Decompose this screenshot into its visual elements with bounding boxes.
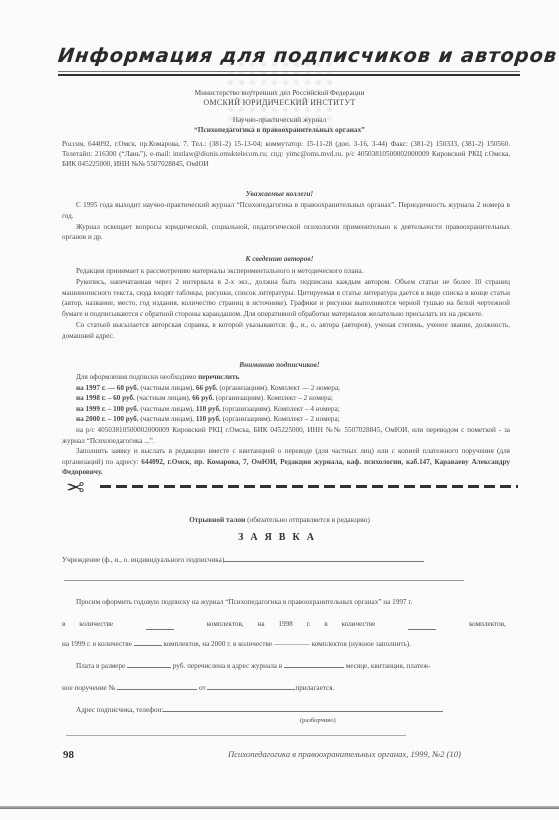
payment-amount-label: Плата в размере: [76, 662, 125, 670]
subscribers-block: Для оформления подписки необходимо переч…: [62, 372, 510, 425]
price-rest: (организациям). Комплект – 4 номера;: [221, 405, 340, 413]
institution-field-line2[interactable]: [64, 580, 464, 581]
request-line-2: в количестве комплектов, на 1998 г. в ко…: [62, 620, 506, 630]
scissors-icon: ✂: [66, 473, 84, 498]
running-footer: Психопедагогика в правоохранительных орг…: [228, 749, 461, 759]
order-number-label: ное поручение №: [62, 684, 115, 692]
price-row: на 2000 г. – 100 руб. (частным лицам), 1…: [62, 414, 510, 425]
journal-type: Научно-практический журнал: [0, 115, 559, 124]
price-org: 110 руб.: [196, 415, 221, 423]
institute-name: ОМСКИЙ ЮРИДИЧЕСКИЙ ИНСТИТУТ: [0, 98, 559, 107]
payment-amount-field[interactable]: [127, 666, 171, 668]
request-line-3: на 1999 г. в количестве комплектов, на 2…: [62, 640, 510, 648]
price-private: (частным лицам),: [139, 415, 196, 423]
address-row: Адрес подписчика, телефон:: [76, 706, 524, 714]
send-instructions: Заполнить заявку и выслать в редакцию вм…: [62, 446, 510, 478]
page-number: 98: [63, 749, 74, 761]
price-rest: (организациям). Комплект – 2 номера;: [214, 394, 333, 402]
price-year: на 1997 г. — 60 руб.: [76, 384, 139, 392]
address-field-line2[interactable]: [66, 735, 406, 736]
payment-month-label: руб. перечислена в адрес журнала в: [173, 662, 282, 670]
contacts-text: Россия, 644092, г.Омск, пр.Комарова, 7. …: [62, 139, 510, 170]
title-rule-thin: [58, 71, 520, 72]
contacts-block: Россия, 644092, г.Омск, пр.Комарова, 7. …: [62, 139, 510, 170]
document-page: Информация для подписчиков и авторов Мин…: [0, 0, 559, 820]
authors-heading: К сведению авторов!: [0, 254, 559, 263]
quantity-1999-field[interactable]: [134, 644, 162, 646]
price-private: (частным лицам),: [135, 394, 192, 402]
price-org: 66 руб.: [192, 394, 214, 402]
quantity-2000-label: комплектов, на 2000 г. в количестве ————…: [163, 640, 411, 648]
price-private: (частным лицам),: [139, 384, 196, 392]
price-org: 110 руб.: [196, 405, 221, 413]
quantity-1997-field[interactable]: [146, 628, 174, 630]
colleagues-block: С 1995 года выходит научно-практический …: [62, 200, 510, 243]
price-row: на 1998 г. – 60 руб. (частным лицам), 66…: [62, 393, 510, 404]
form-title: ЗАЯВКА: [0, 532, 559, 543]
journal-name: “Психопедагогика в правоохранительных ор…: [0, 125, 559, 134]
dashed-cut-line: [100, 485, 518, 488]
tear-note: (обязательно отправляется в редакцию): [245, 515, 370, 524]
price-row: на 1997 г. — 60 руб. (частным лицам), 66…: [62, 383, 510, 394]
attached-label: прилагается.: [295, 684, 334, 692]
account-text: на р/с 40503810500002000009 Кировский РК…: [62, 425, 510, 446]
price-year: на 1998 г. – 60 руб.: [76, 394, 135, 402]
institution-label: Учреждение (ф., и., о. индивидуального п…: [62, 556, 224, 564]
request-line-1: Просим оформить годовую подписку на журн…: [76, 598, 524, 606]
price-year: на 1999 г. – 100 руб.: [76, 405, 139, 413]
authors-paragraph: Редакция принимает к рассмотрению матери…: [62, 266, 510, 277]
cut-line: ✂: [66, 479, 518, 493]
payment-line-1: Плата в размере руб. перечислена в адрес…: [76, 662, 524, 670]
tear-label-bold: Отрывной талон: [189, 515, 245, 524]
order-date-label: от: [199, 684, 206, 692]
payment-month-field[interactable]: [284, 666, 344, 668]
subscribe-intro: Для оформления подписки необходимо переч…: [62, 372, 510, 383]
authors-paragraph: Рукопись, напечатанная через 2 интервала…: [62, 277, 510, 320]
colleagues-heading: Уважаемые коллеги!: [0, 189, 559, 198]
price-private: (частным лицам),: [139, 405, 196, 413]
payment-instructions: на р/с 40503810500002000009 Кировский РК…: [62, 425, 510, 478]
address-label: Адрес подписчика, телефон:: [76, 706, 163, 714]
quantity-1999-label: на 1999 г. в количестве: [62, 640, 132, 648]
price-rest: (организациям). Комплект – 2 номера;: [221, 415, 340, 423]
colleagues-paragraph: С 1995 года выходит научно-практический …: [62, 200, 510, 222]
quantity-label: в количестве: [62, 620, 113, 630]
page-title: Информация для подписчиков и авторов: [57, 44, 519, 67]
sets-label: комплектов,: [469, 620, 506, 630]
intro-text: Для оформления подписки необходимо: [76, 373, 198, 381]
order-date-field[interactable]: [207, 688, 295, 690]
colleagues-paragraph: Журнал освещает вопросы юридической, соц…: [62, 222, 510, 244]
title-rule-thick: [58, 74, 520, 76]
institution-row: Учреждение (ф., и., о. индивидуального п…: [62, 556, 510, 564]
subscribers-heading: Вниманию подписчиков!: [0, 360, 559, 369]
ministry-line: Министерство внутренних дел Российской Ф…: [0, 88, 559, 97]
authors-paragraph: Со статьей высылается авторская справка,…: [62, 320, 510, 342]
intro-bold: перечислить: [198, 373, 239, 381]
price-year: на 2000 г. – 100 руб.: [76, 415, 139, 423]
quantity-1998-label: комплектов, на 1998 г. в количестве: [207, 620, 376, 630]
address-field[interactable]: [163, 710, 443, 712]
price-rest: (организациям). Комплект — 2 номера;: [218, 384, 340, 392]
tear-off-label: Отрывной талон (обязательно отправляется…: [0, 515, 559, 524]
authors-block: Редакция принимает к рассмотрению матери…: [62, 266, 510, 342]
quantity-1998-field[interactable]: [408, 628, 436, 630]
price-org: 66 руб.: [196, 384, 218, 392]
order-number-field[interactable]: [117, 688, 197, 690]
payment-receipt-label: месяце, квитанция, платеж-: [346, 662, 431, 670]
payment-line-2: ное поручение № от прилагается.: [62, 684, 510, 692]
institution-field[interactable]: [224, 560, 424, 562]
address-hint: (разборчиво): [300, 717, 559, 724]
page-bottom-edge: [0, 806, 559, 809]
price-row: на 1999 г. – 100 руб. (частным лицам), 1…: [62, 404, 510, 415]
